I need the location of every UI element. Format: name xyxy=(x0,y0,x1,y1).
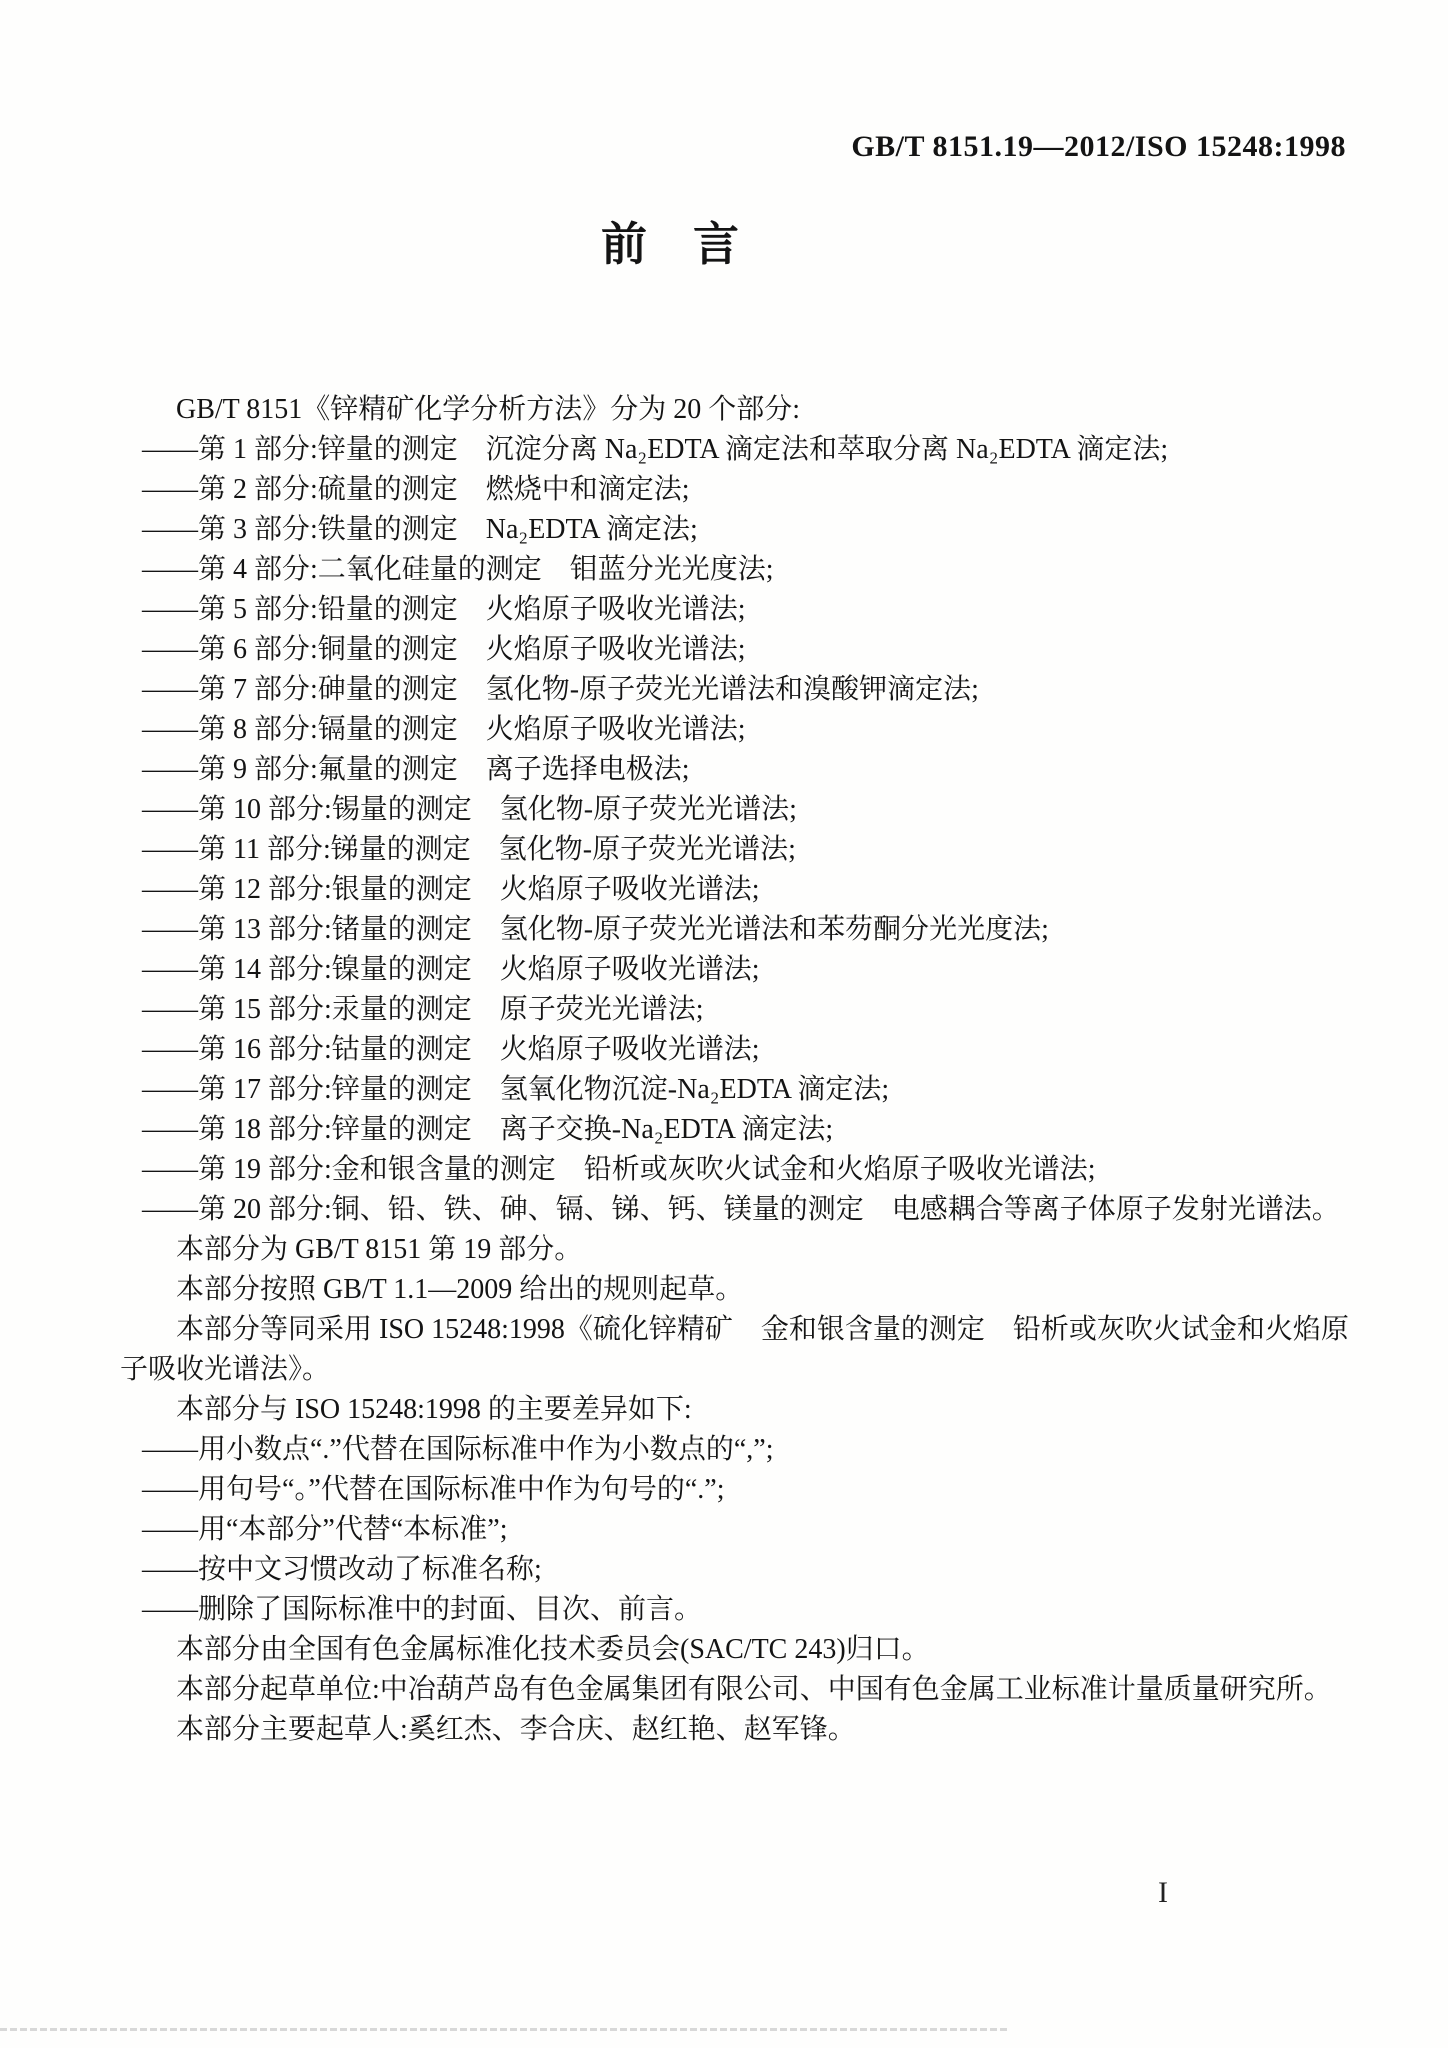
foreword-list-item: ——第 20 部分:铜、铅、铁、砷、镉、锑、钙、镁量的测定 电感耦合等离子体原子… xyxy=(120,1190,1350,1230)
foreword-list-item: ——用句号“。”代替在国际标准中作为句号的“.”; xyxy=(120,1470,1350,1510)
foreword-paragraph: 本部分主要起草人:奚红杰、李合庆、赵红艳、赵军锋。 xyxy=(120,1710,1350,1750)
foreword-list-item: ——第 12 部分:银量的测定 火焰原子吸收光谱法; xyxy=(120,870,1350,910)
document-page: GB/T 8151.19—2012/ISO 15248:1998 前 言 GB/… xyxy=(0,0,1448,2048)
foreword-paragraph: 本部分起草单位:中冶葫芦岛有色金属集团有限公司、中国有色金属工业标准计量质量研究… xyxy=(120,1670,1350,1710)
foreword-paragraph: 本部分等同采用 ISO 15248:1998《硫化锌精矿 金和银含量的测定 铅析… xyxy=(120,1310,1350,1390)
foreword-list-item: ——用小数点“.”代替在国际标准中作为小数点的“,”; xyxy=(120,1430,1350,1470)
page-title: 前 言 xyxy=(0,208,1340,274)
foreword-list-item: ——第 9 部分:氟量的测定 离子选择电极法; xyxy=(120,750,1350,790)
foreword-list-item: ——第 10 部分:锡量的测定 氢化物-原子荧光光谱法; xyxy=(120,790,1350,830)
foreword-list-item: ——第 4 部分:二氧化硅量的测定 钼蓝分光光度法; xyxy=(120,550,1350,590)
foreword-list-item: ——第 1 部分:锌量的测定 沉淀分离 Na₂EDTA 滴定法和萃取分离 Na₂… xyxy=(120,430,1350,470)
foreword-paragraph: 本部分按照 GB/T 1.1—2009 给出的规则起草。 xyxy=(120,1270,1350,1310)
foreword-paragraph: 本部分与 ISO 15248:1998 的主要差异如下: xyxy=(120,1390,1350,1430)
foreword-list-item: ——第 18 部分:锌量的测定 离子交换-Na₂EDTA 滴定法; xyxy=(120,1110,1350,1150)
foreword-list-item: ——用“本部分”代替“本标准”; xyxy=(120,1510,1350,1550)
foreword-list-item: ——第 14 部分:镍量的测定 火焰原子吸收光谱法; xyxy=(120,950,1350,990)
foreword-list-item: ——第 8 部分:镉量的测定 火焰原子吸收光谱法; xyxy=(120,710,1350,750)
standard-code-header: GB/T 8151.19—2012/ISO 15248:1998 xyxy=(0,130,1346,164)
foreword-list-item: ——第 19 部分:金和银含量的测定 铅析或灰吹火试金和火焰原子吸收光谱法; xyxy=(120,1150,1350,1190)
page-number: I xyxy=(1158,1876,1168,1910)
foreword-paragraph: 本部分为 GB/T 8151 第 19 部分。 xyxy=(120,1230,1350,1270)
foreword-list-item: ——按中文习惯改动了标准名称; xyxy=(120,1550,1350,1590)
foreword-list-item: ——第 11 部分:锑量的测定 氢化物-原子荧光光谱法; xyxy=(120,830,1350,870)
foreword-list-item: ——第 7 部分:砷量的测定 氢化物-原子荧光光谱法和溴酸钾滴定法; xyxy=(120,670,1350,710)
foreword-list-item: ——第 13 部分:锗量的测定 氢化物-原子荧光光谱法和苯芴酮分光光度法; xyxy=(120,910,1350,950)
foreword-list-item: ——第 3 部分:铁量的测定 Na₂EDTA 滴定法; xyxy=(120,510,1350,550)
foreword-body: GB/T 8151《锌精矿化学分析方法》分为 20 个部分:——第 1 部分:锌… xyxy=(120,390,1350,1750)
foreword-list-item: ——第 15 部分:汞量的测定 原子荧光光谱法; xyxy=(120,990,1350,1030)
foreword-list-item: ——第 5 部分:铅量的测定 火焰原子吸收光谱法; xyxy=(120,590,1350,630)
foreword-list-item: ——删除了国际标准中的封面、目次、前言。 xyxy=(120,1590,1350,1630)
foreword-list-item: ——第 16 部分:钴量的测定 火焰原子吸收光谱法; xyxy=(120,1030,1350,1070)
foreword-list-item: ——第 2 部分:硫量的测定 燃烧中和滴定法; xyxy=(120,470,1350,510)
foreword-paragraph: 本部分由全国有色金属标准化技术委员会(SAC/TC 243)归口。 xyxy=(120,1630,1350,1670)
foreword-list-item: ——第 6 部分:铜量的测定 火焰原子吸收光谱法; xyxy=(120,630,1350,670)
foreword-paragraph: GB/T 8151《锌精矿化学分析方法》分为 20 个部分: xyxy=(120,390,1350,430)
scan-artifact-line xyxy=(0,2028,1010,2031)
foreword-list-item: ——第 17 部分:锌量的测定 氢氧化物沉淀-Na₂EDTA 滴定法; xyxy=(120,1070,1350,1110)
